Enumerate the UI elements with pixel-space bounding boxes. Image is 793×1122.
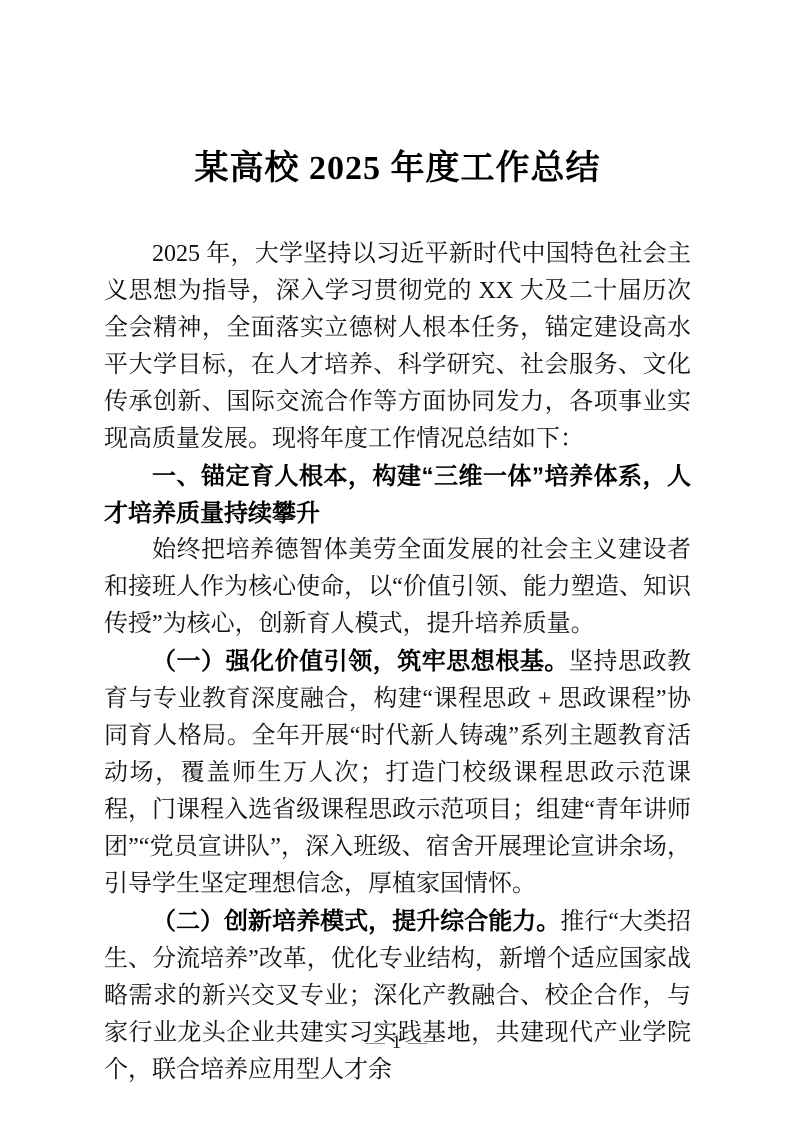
paragraph-lead: （一）强化价值引领，筑牢思想根基。 — [152, 648, 569, 675]
page-footer: —1— — [0, 1030, 793, 1056]
footer-dash-right: — — [401, 1032, 434, 1053]
document-title: 某高校 2025 年度工作总结 — [104, 146, 691, 192]
paragraph: （二）创新培养模式，提升综合能力。推行“大类招生、分流培养”改革，优化专业结构，… — [104, 903, 691, 1089]
paragraph: （一）强化价值引领，筑牢思想根基。坚持思政教育与专业教育深度融合，构建“课程思政… — [104, 643, 691, 903]
page-number: 1 — [392, 1032, 402, 1053]
document-body: 2025 年，大学坚持以习近平新时代中国特色社会主义思想为指导，深入学习贯彻党的… — [104, 236, 691, 1089]
paragraph: 始终把培养德智体美劳全面发展的社会主义建设者和接班人作为核心使命，以“价值引领、… — [104, 532, 691, 643]
section-heading: 一、锚定育人根本，构建“三维一体”培养体系，人才培养质量持续攀升 — [104, 458, 691, 532]
document-page: 某高校 2025 年度工作总结 2025 年，大学坚持以习近平新时代中国特色社会… — [0, 0, 793, 1122]
paragraph: 2025 年，大学坚持以习近平新时代中国特色社会主义思想为指导，深入学习贯彻党的… — [104, 236, 691, 458]
footer-dash-left: — — [359, 1032, 392, 1053]
paragraph-lead: （二）创新培养模式，提升综合能力。 — [152, 908, 560, 935]
